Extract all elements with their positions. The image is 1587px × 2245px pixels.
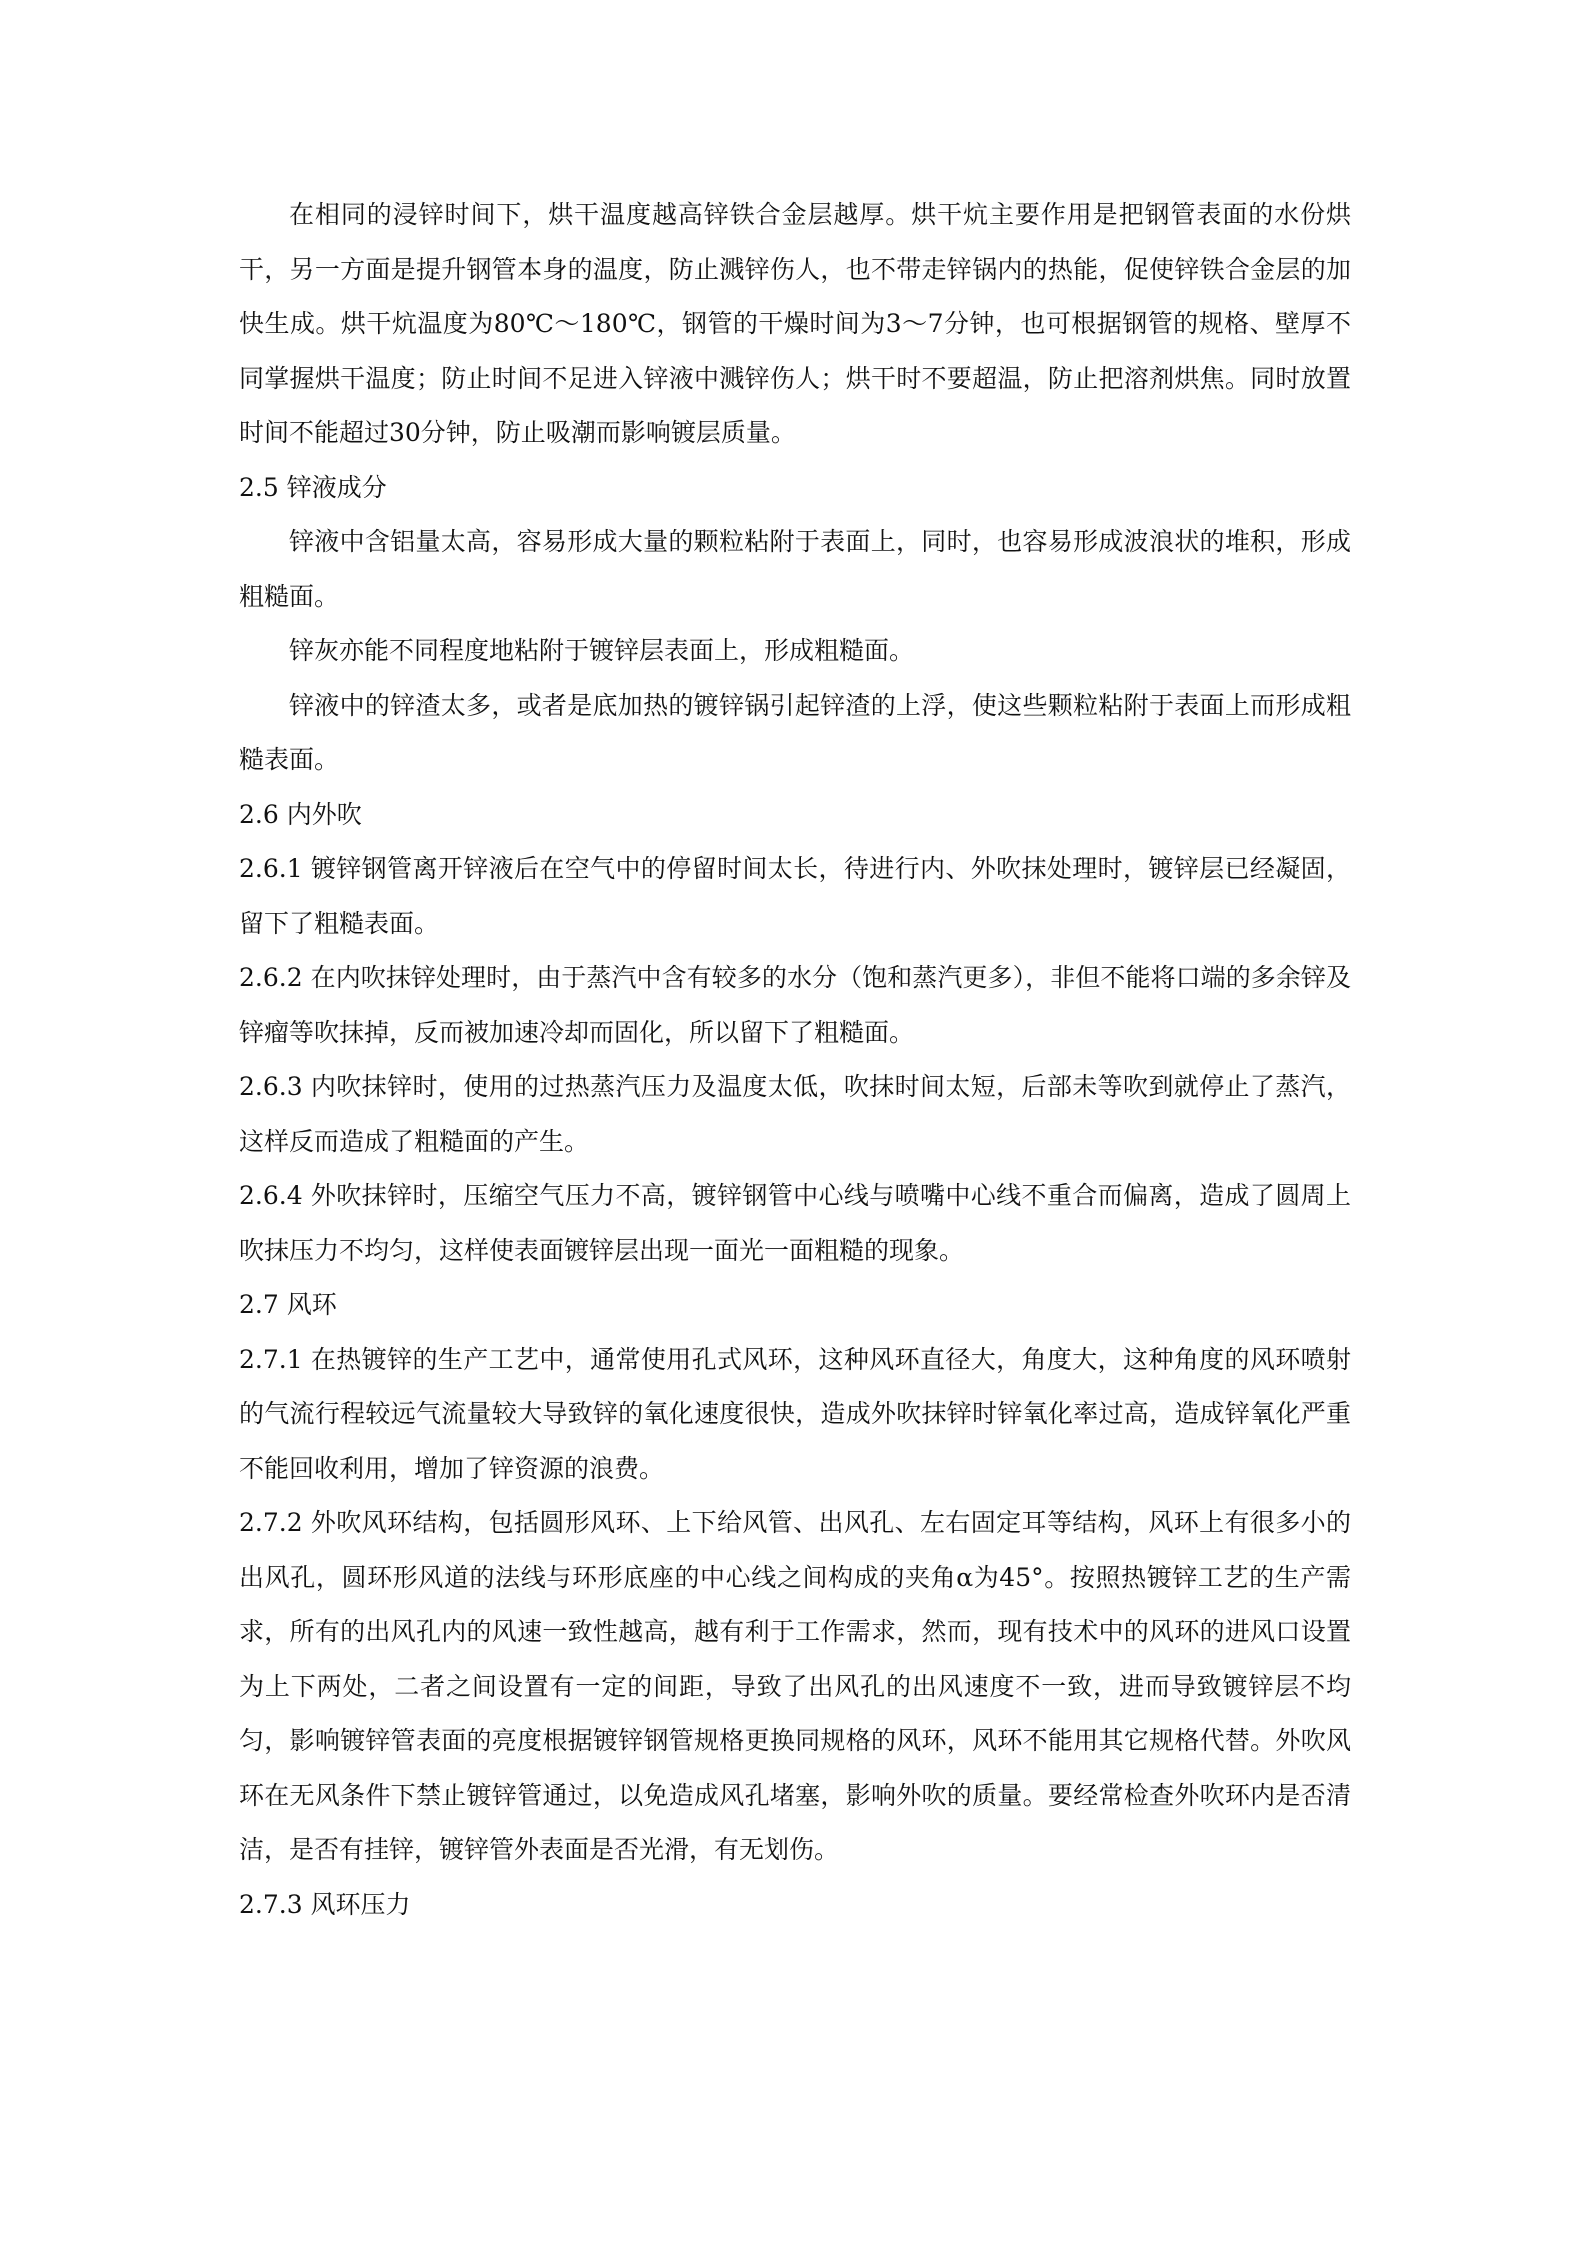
paragraph-2-6-3: 2.6.3 内吹抹锌时，使用的过热蒸汽压力及温度太低，吹抹时间太短，后部未等吹到… <box>239 1060 1351 1169</box>
section-heading-2-7: 2.7 风环 <box>239 1278 1351 1333</box>
paragraph-2-6-1: 2.6.1 镀锌钢管离开锌液后在空气中的停留时间太长，待进行内、外吹抹处理时，镀… <box>239 842 1351 951</box>
section-heading-2-6: 2.6 内外吹 <box>239 788 1351 843</box>
paragraph-2-7-2: 2.7.2 外吹风环结构，包括圆形风环、上下给风管、出风孔、左右固定耳等结构，风… <box>239 1496 1351 1878</box>
paragraph-zinc-ash: 锌灰亦能不同程度地粘附于镀锌层表面上，形成粗糙面。 <box>239 624 1351 679</box>
paragraph-2-7-1: 2.7.1 在热镀锌的生产工艺中，通常使用孔式风环，这种风环直径大，角度大，这种… <box>239 1333 1351 1497</box>
paragraph-2-6-4: 2.6.4 外吹抹锌时，压缩空气压力不高，镀锌钢管中心线与喷嘴中心线不重合而偏离… <box>239 1169 1351 1278</box>
paragraph-zinc-dross: 锌液中的锌渣太多，或者是底加热的镀锌锅引起锌渣的上浮，使这些颗粒粘附于表面上而形… <box>239 679 1351 788</box>
paragraph-drying-temperature: 在相同的浸锌时间下，烘干温度越高锌铁合金层越厚。烘干炕主要作用是把钢管表面的水份… <box>239 188 1351 461</box>
paragraph-2-6-2: 2.6.2 在内吹抹锌处理时，由于蒸汽中含有较多的水分（饱和蒸汽更多），非但不能… <box>239 951 1351 1060</box>
document-body: 在相同的浸锌时间下，烘干温度越高锌铁合金层越厚。烘干炕主要作用是把钢管表面的水份… <box>239 188 1351 1932</box>
document-page: 在相同的浸锌时间下，烘干温度越高锌铁合金层越厚。烘干炕主要作用是把钢管表面的水份… <box>0 0 1587 2245</box>
section-heading-2-7-3: 2.7.3 风环压力 <box>239 1878 1351 1933</box>
paragraph-aluminum-content: 锌液中含铝量太高，容易形成大量的颗粒粘附于表面上，同时，也容易形成波浪状的堆积，… <box>239 515 1351 624</box>
section-heading-2-5: 2.5 锌液成分 <box>239 461 1351 516</box>
